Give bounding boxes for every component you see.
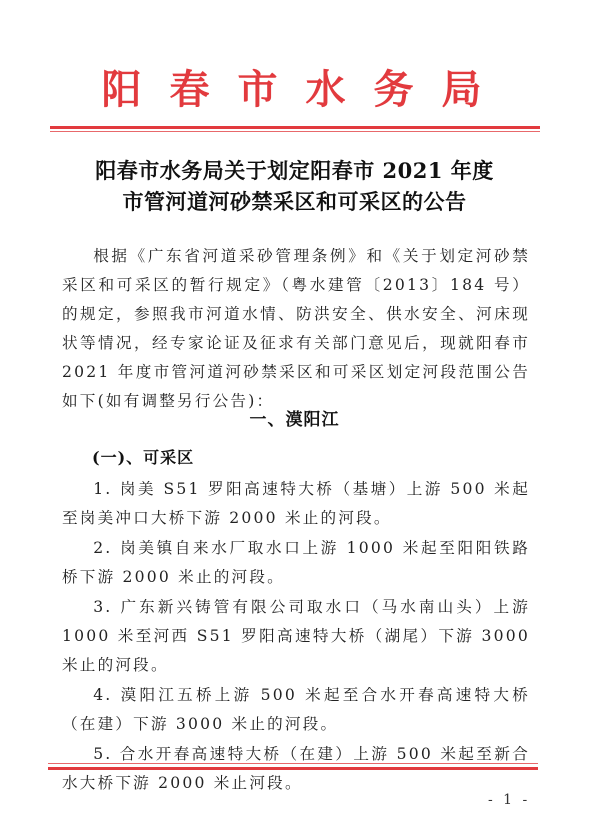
- list-item: 4. 漠阳江五桥上游 500 米起至合水开春高速特大桥（在建）下游 3000 米…: [62, 681, 530, 739]
- page-number: - 1 -: [488, 792, 530, 808]
- section-heading: 一、漠阳江: [0, 405, 589, 430]
- list-item: 3. 广东新兴铸管有限公司取水口（马水南山头）上游 1000 米至河西 S51 …: [62, 593, 530, 680]
- title-line-2: 市管河道河砂禁采区和可采区的公告: [0, 186, 589, 217]
- subsection-heading: (一)、可采区: [92, 445, 194, 468]
- title-line-1: 阳春市水务局关于划定阳春市 2021 年度: [0, 155, 589, 186]
- intro-paragraph: 根据《广东省河道采砂管理条例》和《关于划定河砂禁采区和可采区的暂行规定》（粤水建…: [62, 242, 530, 416]
- footer-divider-thin: [48, 763, 538, 764]
- document-title: 阳春市水务局关于划定阳春市 2021 年度 市管河道河砂禁采区和可采区的公告: [0, 155, 589, 217]
- letterhead-divider-thin: [50, 131, 540, 132]
- document-body: 根据《广东省河道采砂管理条例》和《关于划定河砂禁采区和可采区的暂行规定》（粤水建…: [62, 242, 530, 416]
- footer-divider-thick: [48, 767, 538, 770]
- item-list: 1. 岗美 S51 罗阳高速特大桥（基塘）上游 500 米起至岗美冲口大桥下游 …: [62, 475, 530, 799]
- agency-letterhead: 阳春市水务局: [0, 62, 589, 118]
- list-item: 2. 岗美镇自来水厂取水口上游 1000 米起至阳阳铁路桥下游 2000 米止的…: [62, 534, 530, 592]
- letterhead-divider-thick: [50, 126, 540, 129]
- list-item: 1. 岗美 S51 罗阳高速特大桥（基塘）上游 500 米起至岗美冲口大桥下游 …: [62, 475, 530, 533]
